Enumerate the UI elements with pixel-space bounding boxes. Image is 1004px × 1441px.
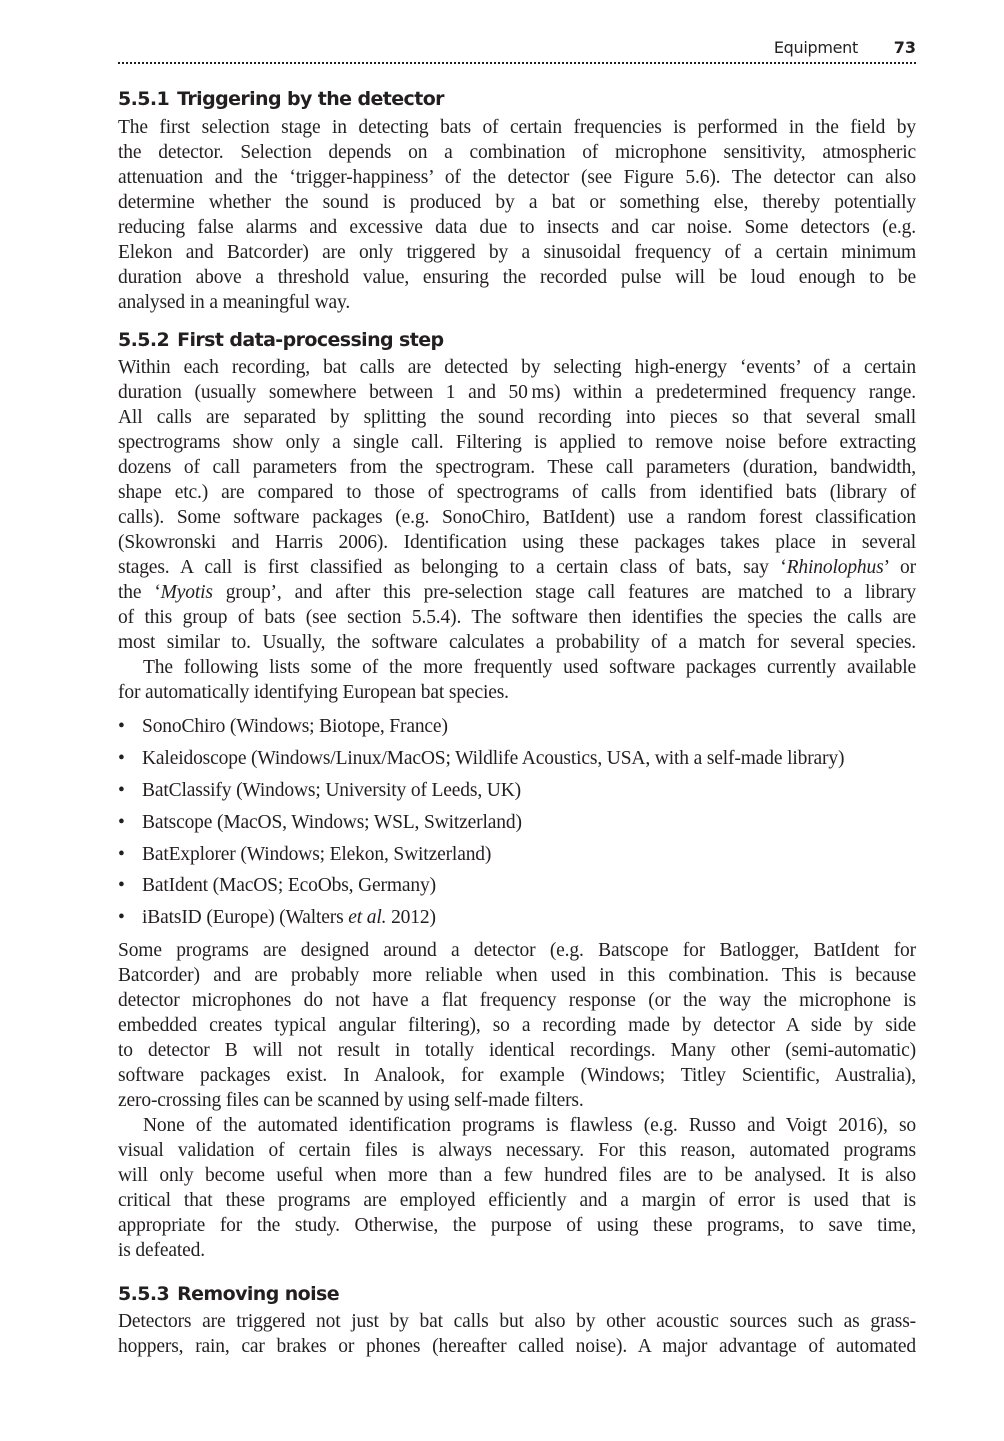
list-item: •SonoChiro (Windows; Biotope, France) — [118, 714, 448, 739]
text-line: detector microphones do not have a flat … — [118, 988, 916, 1013]
text-line: attenuation and the ‘trigger-happiness’ … — [118, 165, 916, 190]
list-item: •BatIdent (MacOS; EcoObs, Germany) — [118, 873, 436, 898]
text-span: the ‘ — [118, 582, 161, 603]
list-item: •BatClassify (Windows; University of Lee… — [118, 778, 521, 803]
list-item: •BatExplorer (Windows; Elekon, Switzerla… — [118, 842, 491, 867]
list-item: •iBatsID (Europe) (Walters et al. 2012) — [118, 905, 436, 930]
section-heading-5-5-2: 5.5.2First data-processing step — [118, 329, 444, 351]
text-line: of this group of bats (see section 5.5.4… — [118, 605, 916, 630]
page-number: 73 — [894, 38, 916, 57]
text-line: hoppers, rain, car brakes or phones (her… — [118, 1334, 916, 1359]
text-line: critical that these programs are employe… — [118, 1188, 916, 1213]
section-heading-5-5-1: 5.5.1Triggering by the detector — [118, 88, 444, 110]
section-number: 5.5.3 — [118, 1283, 169, 1305]
text-line: None of the automated identification pro… — [118, 1113, 916, 1138]
bullet-icon: • — [118, 810, 142, 835]
bullet-icon: • — [118, 778, 142, 803]
text-line: visual validation of certain files is al… — [118, 1138, 916, 1163]
text-line: embedded creates typical angular filteri… — [118, 1013, 916, 1038]
text-line: the ‘Myotis group’, and after this pre-s… — [118, 580, 916, 605]
text-span: stages. A call is first classified as be… — [118, 557, 787, 578]
bullet-icon: • — [118, 873, 142, 898]
running-head-title: Equipment — [774, 38, 858, 57]
list-item: •Kaleidoscope (Windows/Linux/MacOS; Wild… — [118, 746, 844, 771]
text-line: spectrograms show only a single call. Fi… — [118, 430, 916, 455]
text-line: is defeated. — [118, 1238, 916, 1263]
text-line: appropriate for the study. Otherwise, th… — [118, 1213, 916, 1238]
text-line: Detectors are triggered not just by bat … — [118, 1309, 916, 1334]
text-line: Elekon and Batcorder) are only triggered… — [118, 240, 916, 265]
section-title: Triggering by the detector — [177, 88, 444, 110]
running-head: Equipment 73 — [118, 38, 916, 60]
text-line: to detector B will not result in totally… — [118, 1038, 916, 1063]
text-line: shape etc.) are compared to those of spe… — [118, 480, 916, 505]
section-heading-5-5-3: 5.5.3Removing noise — [118, 1283, 339, 1305]
text-line: calls). Some software packages (e.g. Son… — [118, 505, 916, 530]
text-line: stages. A call is first classified as be… — [118, 555, 916, 580]
list-item-text: 2012) — [386, 907, 435, 928]
text-line: dozens of call parameters from the spect… — [118, 455, 916, 480]
list-item-text: BatIdent (MacOS; EcoObs, Germany) — [142, 875, 436, 896]
bullet-icon: • — [118, 714, 142, 739]
section-title: Removing noise — [177, 1283, 339, 1305]
text-line: Within each recording, bat calls are det… — [118, 355, 916, 380]
list-item: •Batscope (MacOS, Windows; WSL, Switzerl… — [118, 810, 522, 835]
text-line: software packages exist. In Analook, for… — [118, 1063, 916, 1088]
section-title: First data-processing step — [177, 329, 443, 351]
italic-genus-rhinolophus: Rhinolophus — [787, 557, 884, 578]
text-line: will only become useful when more than a… — [118, 1163, 916, 1188]
list-item-text: BatClassify (Windows; University of Leed… — [142, 780, 521, 801]
header-dotted-rule — [118, 62, 916, 64]
italic-genus-myotis: Myotis — [161, 582, 213, 603]
text-line: duration above a threshold value, ensuri… — [118, 265, 916, 290]
text-line: Batcorder) and are probably more reliabl… — [118, 963, 916, 988]
text-line: zero-crossing files can be scanned by us… — [118, 1088, 916, 1113]
section-number: 5.5.1 — [118, 88, 169, 110]
bullet-icon: • — [118, 746, 142, 771]
text-line: duration (usually somewhere between 1 an… — [118, 380, 916, 405]
list-item-text: iBatsID (Europe) (Walters — [142, 907, 348, 928]
list-item-text: SonoChiro (Windows; Biotope, France) — [142, 716, 448, 737]
text-line: Some programs are designed around a dete… — [118, 938, 916, 963]
list-item-text: BatExplorer (Windows; Elekon, Switzerlan… — [142, 844, 491, 865]
text-line: The first selection stage in detecting b… — [118, 115, 916, 140]
text-line: reducing false alarms and excessive data… — [118, 215, 916, 240]
text-span: ’ or — [884, 557, 916, 578]
list-item-text: Kaleidoscope (Windows/Linux/MacOS; Wildl… — [142, 748, 844, 769]
list-item-text: Batscope (MacOS, Windows; WSL, Switzerla… — [142, 812, 522, 833]
text-line: analysed in a meaningful way. — [118, 290, 916, 315]
text-line: for automatically identifying European b… — [118, 680, 916, 705]
text-line: the detector. Selection depends on a com… — [118, 140, 916, 165]
text-line: All calls are separated by splitting the… — [118, 405, 916, 430]
bullet-icon: • — [118, 905, 142, 930]
section-number: 5.5.2 — [118, 329, 169, 351]
text-span: group’, and after this pre-selection sta… — [213, 582, 916, 603]
text-line: (Skowronski and Harris 2006). Identifica… — [118, 530, 916, 555]
text-line: most similar to. Usually, the software c… — [118, 630, 916, 655]
text-line: determine whether the sound is produced … — [118, 190, 916, 215]
bullet-icon: • — [118, 842, 142, 867]
text-line: The following lists some of the more fre… — [118, 655, 916, 680]
italic-et-al: et al. — [348, 907, 386, 928]
